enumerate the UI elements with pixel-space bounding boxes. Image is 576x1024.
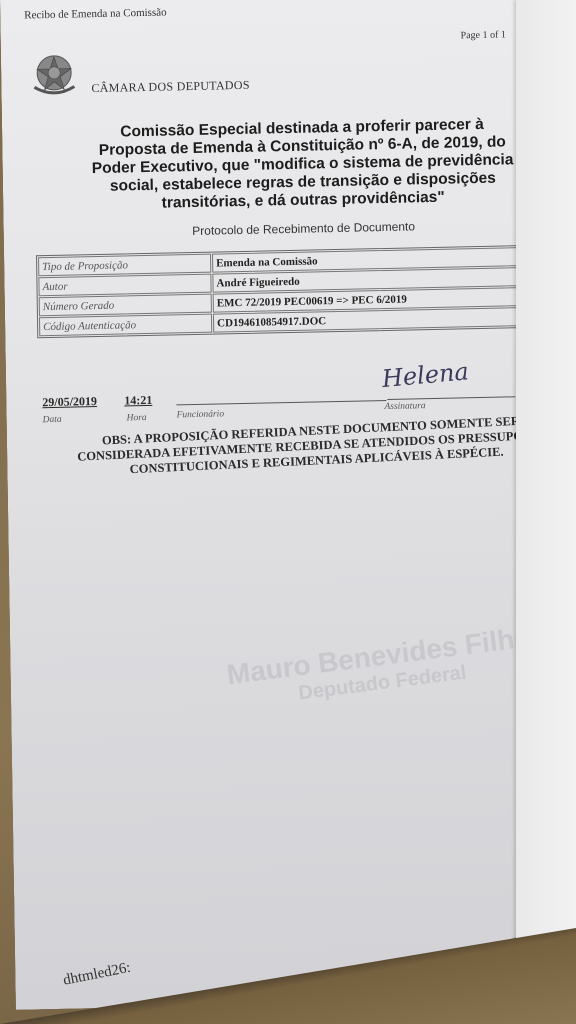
proposition-info-table: Tipo de Proposição Emenda na Comissão Au… xyxy=(36,244,575,338)
row-label: Código Autenticação xyxy=(39,314,212,337)
caption-time: Hora xyxy=(127,413,147,423)
row-label: Autor xyxy=(38,274,211,297)
bleed-through-text: Mauro Benevides Filho Deputado Federal xyxy=(199,618,563,718)
document-sheet: Recibo de Emenda na Comissão Page 1 of 1… xyxy=(0,0,576,1010)
caption-signature: Assinatura xyxy=(384,401,425,412)
signature-line xyxy=(387,396,515,400)
document-subtitle: Protocolo de Recebimento de Documento xyxy=(44,216,564,241)
paper-stack-edge xyxy=(516,0,576,1024)
receipt-time: 14:21 xyxy=(124,393,152,409)
document-title: Comissão Especial destinada a proferir p… xyxy=(42,114,563,215)
institution-name: CÂMARA DOS DEPUTADOS xyxy=(91,78,250,96)
receipt-signature-row: 29/05/2019 14:21 Helena 5423 Data Hora F… xyxy=(42,384,576,395)
row-label: Tipo de Proposição xyxy=(38,254,211,277)
brazil-coat-of-arms-icon xyxy=(29,50,80,99)
caption-employee: Funcionário xyxy=(176,409,224,420)
row-label: Número Gerado xyxy=(39,294,212,317)
handwritten-signature: Helena xyxy=(381,357,470,393)
caption-date: Data xyxy=(43,415,62,425)
footer-code: dhtmled26: xyxy=(62,960,132,990)
page-indicator: Page 1 of 1 xyxy=(461,29,506,41)
receipt-date: 29/05/2019 xyxy=(42,394,97,410)
employee-line xyxy=(176,400,386,405)
document-header-title: Recibo de Emenda na Comissão xyxy=(24,7,167,22)
